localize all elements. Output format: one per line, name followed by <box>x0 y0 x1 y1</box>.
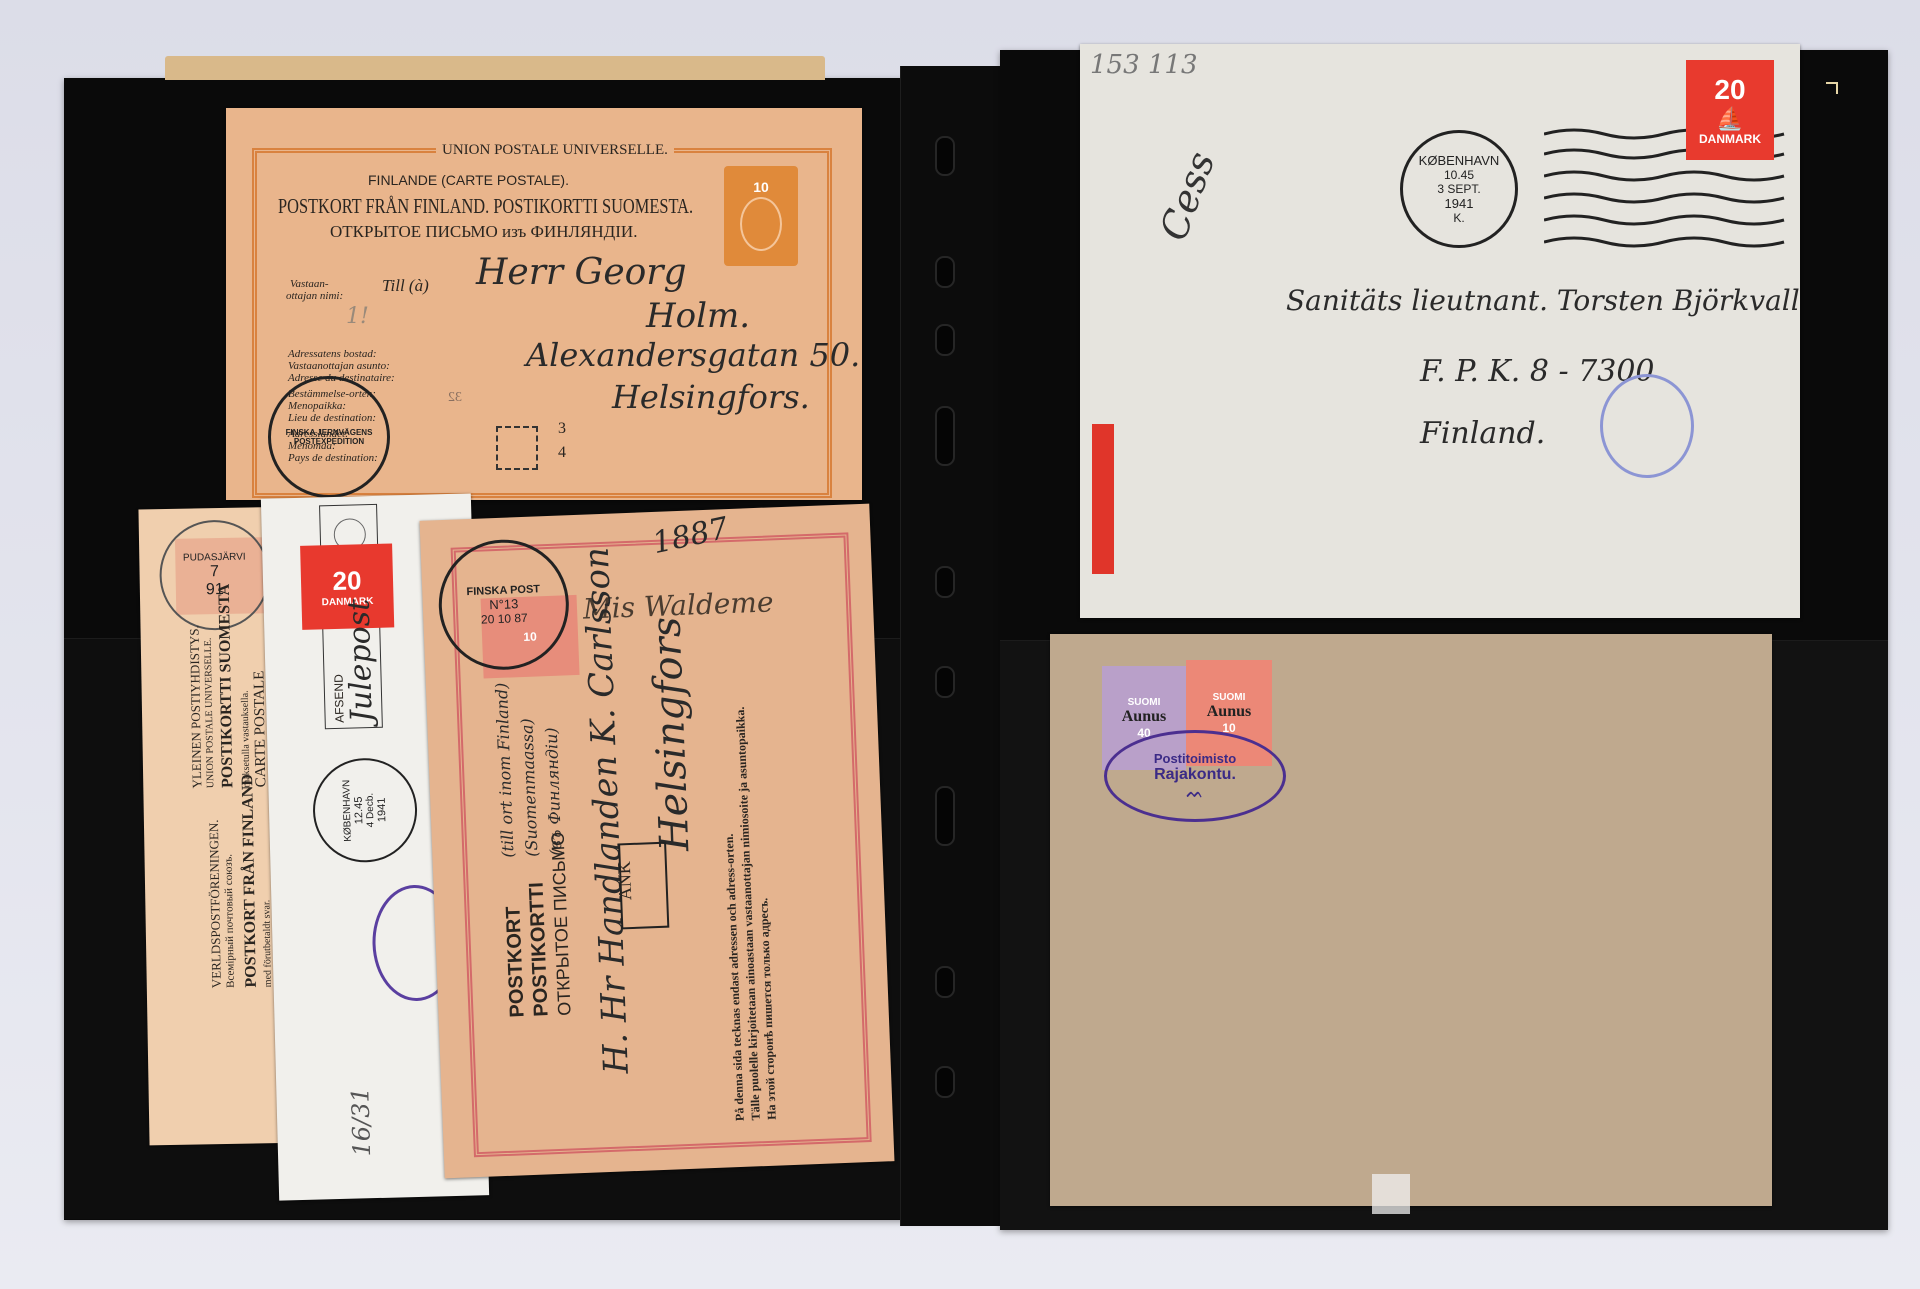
card-text-left-3: POSTKORT FRÅN FINLAND <box>239 774 261 988</box>
fraction-numerator: 3 <box>558 420 566 438</box>
card-title: POSTKORT FRÅN FINLAND. POSTIKORTTI SUOME… <box>278 194 693 219</box>
pencil-note: 16/31 <box>346 1087 376 1157</box>
danmark-stamp-20-ore: 20 ⛵ DANMARK <box>1686 60 1774 160</box>
slogan-julepost: Julepost <box>342 598 380 722</box>
post-horn-icon: ᨓ <box>1187 784 1204 801</box>
postmark-time: 12.45 <box>353 796 366 824</box>
card-subheader: FINLANDE (CARTE POSTALE). <box>368 172 569 188</box>
ank-box: ANK <box>618 842 669 930</box>
binding-strip <box>900 66 1002 1226</box>
postmark-city: KØBENHAVN <box>341 780 354 842</box>
postmark-time: 10.45 <box>1444 168 1474 182</box>
binding-hole <box>935 256 955 288</box>
postmark-date: 4 Decb. <box>365 793 377 828</box>
stamp-value: 20 <box>332 565 362 597</box>
postmark-number: N°13 <box>489 596 519 612</box>
address-line-2: Helsingfors <box>643 616 698 852</box>
binding-hole <box>935 786 955 846</box>
hinge-tab <box>1372 1174 1410 1214</box>
card-title-sv: POSTKORT <box>502 906 529 1018</box>
censor-cachet <box>1600 374 1694 478</box>
postmark-text: FINSKA JERNVÄGENS POSTEXPEDITION <box>284 428 374 446</box>
corner-note: 153 113 <box>1090 50 1198 80</box>
stamp-top-text: SUOMI <box>1213 692 1246 703</box>
postmark-day: 7 <box>210 563 219 581</box>
binding-hole <box>935 1066 955 1098</box>
censor-tape-red <box>1092 424 1114 574</box>
label-name: Vastaan- <box>290 278 329 290</box>
pencil-note: 1! <box>346 304 369 329</box>
cover-denmark-september-1941[interactable]: 153 113 Cess KØBENHAVN 10.45 3 SEPT. 194… <box>1080 44 1800 618</box>
kobenhavn-postmark: KØBENHAVN 12.45 4 Decb. 1941 <box>312 757 419 864</box>
stamp-country: DANMARK <box>1699 132 1761 146</box>
oval-line-1: Postitoimisto <box>1154 751 1236 766</box>
recipient-surname: Holm. <box>646 296 750 336</box>
sheet-corner-mark <box>1826 82 1838 94</box>
stamp-top-text: SUOMI <box>1128 697 1161 708</box>
card-text-right-2: UNION POSTALE UNIVERSELLE. <box>203 638 217 789</box>
railway-postmark: FINSKA JERNVÄGENS POSTEXPEDITION <box>268 376 390 498</box>
cover-aunus-rajakontu[interactable]: SUOMI Aunus 40 SUOMI Aunus 10 Postitoimi… <box>1050 634 1772 1206</box>
torn-envelope-edge <box>165 56 825 80</box>
pudasjarvi-postmark: PUDASJÄRVI 7 91 <box>159 519 271 631</box>
oval-line-2: Rajakontu. <box>1154 766 1236 784</box>
caravel-ship-icon: ⛵ <box>1716 106 1743 132</box>
binding-hole <box>935 966 955 998</box>
postmark-date: 3 SEPT. <box>1437 182 1480 196</box>
stamp-value: 20 <box>1714 74 1745 106</box>
postmark-date: 20 10 87 <box>481 610 528 626</box>
card-text-right-3: POSTIKORTTI SUOMESTA <box>216 584 238 788</box>
binding-hole <box>935 666 955 698</box>
address-line-1: Sanitäts lieutnant. Torsten Björkvall <box>1286 284 1800 317</box>
kobenhavn-postmark: KØBENHAVN 10.45 3 SEPT. 1941 K. <box>1400 130 1518 248</box>
postcard-finland-orange[interactable]: UNION POSTALE UNIVERSELLE. FINLANDE (CAR… <box>226 108 862 500</box>
binding-hole <box>935 566 955 598</box>
card-text-left-2: Всемірный почтовый союзъ. <box>222 854 236 988</box>
postmark-year: 1941 <box>1445 196 1474 211</box>
postmark-office: K. <box>1453 211 1464 225</box>
city-address: Helsingfors. <box>612 378 810 416</box>
postmark-city: KØBENHAVN <box>1419 153 1500 168</box>
binding-hole <box>935 406 955 466</box>
binding-hole <box>935 136 955 176</box>
mirrored-mark: 32 <box>448 390 462 406</box>
stamp-value: 10 <box>753 179 769 195</box>
card-text-right-4: maksetulla vastauksella. <box>240 690 253 787</box>
imprinted-stamp: 10 <box>724 166 798 266</box>
label-address-2: Vastaanottajan asunto: <box>288 360 390 372</box>
street-address: Alexandersgatan 50. <box>526 336 860 374</box>
recipient-name: Herr Georg <box>476 252 687 293</box>
label-address-1: Adressatens bostad: <box>288 348 377 360</box>
boxed-mark <box>496 426 538 470</box>
address-line-3: Finland. <box>1420 416 1545 451</box>
postcard-1887[interactable]: 1887 10 FINSKA POST N°13 20 10 87 Mis Wa… <box>420 504 895 1179</box>
label-name-2: ottajan nimi: <box>286 290 343 302</box>
label-till: Till (à) <box>382 276 429 296</box>
ank-text: ANK <box>613 860 635 900</box>
postmark-year: 1941 <box>376 797 389 822</box>
stamp-overprint: Aunus <box>1207 703 1251 721</box>
pencil-note: Cess <box>1151 146 1223 246</box>
lion-emblem-icon <box>740 197 782 251</box>
fraction-denominator: 4 <box>558 444 566 462</box>
card-header: UNION POSTALE UNIVERSELLE. <box>436 142 674 159</box>
postmark-city: PUDASJÄRVI <box>183 551 246 563</box>
oval-cancel: Postitoimisto Rajakontu. ᨓ <box>1104 730 1286 822</box>
binding-hole <box>935 324 955 356</box>
card-text-left-1: VERLDSPOSTFÖRENINGEN. <box>206 819 225 988</box>
card-title-ru: ОТКРЫТОЕ ПИСЬМО изъ ФИНЛЯНДІИ. <box>330 222 637 242</box>
stamp-overprint: Aunus <box>1122 708 1166 726</box>
